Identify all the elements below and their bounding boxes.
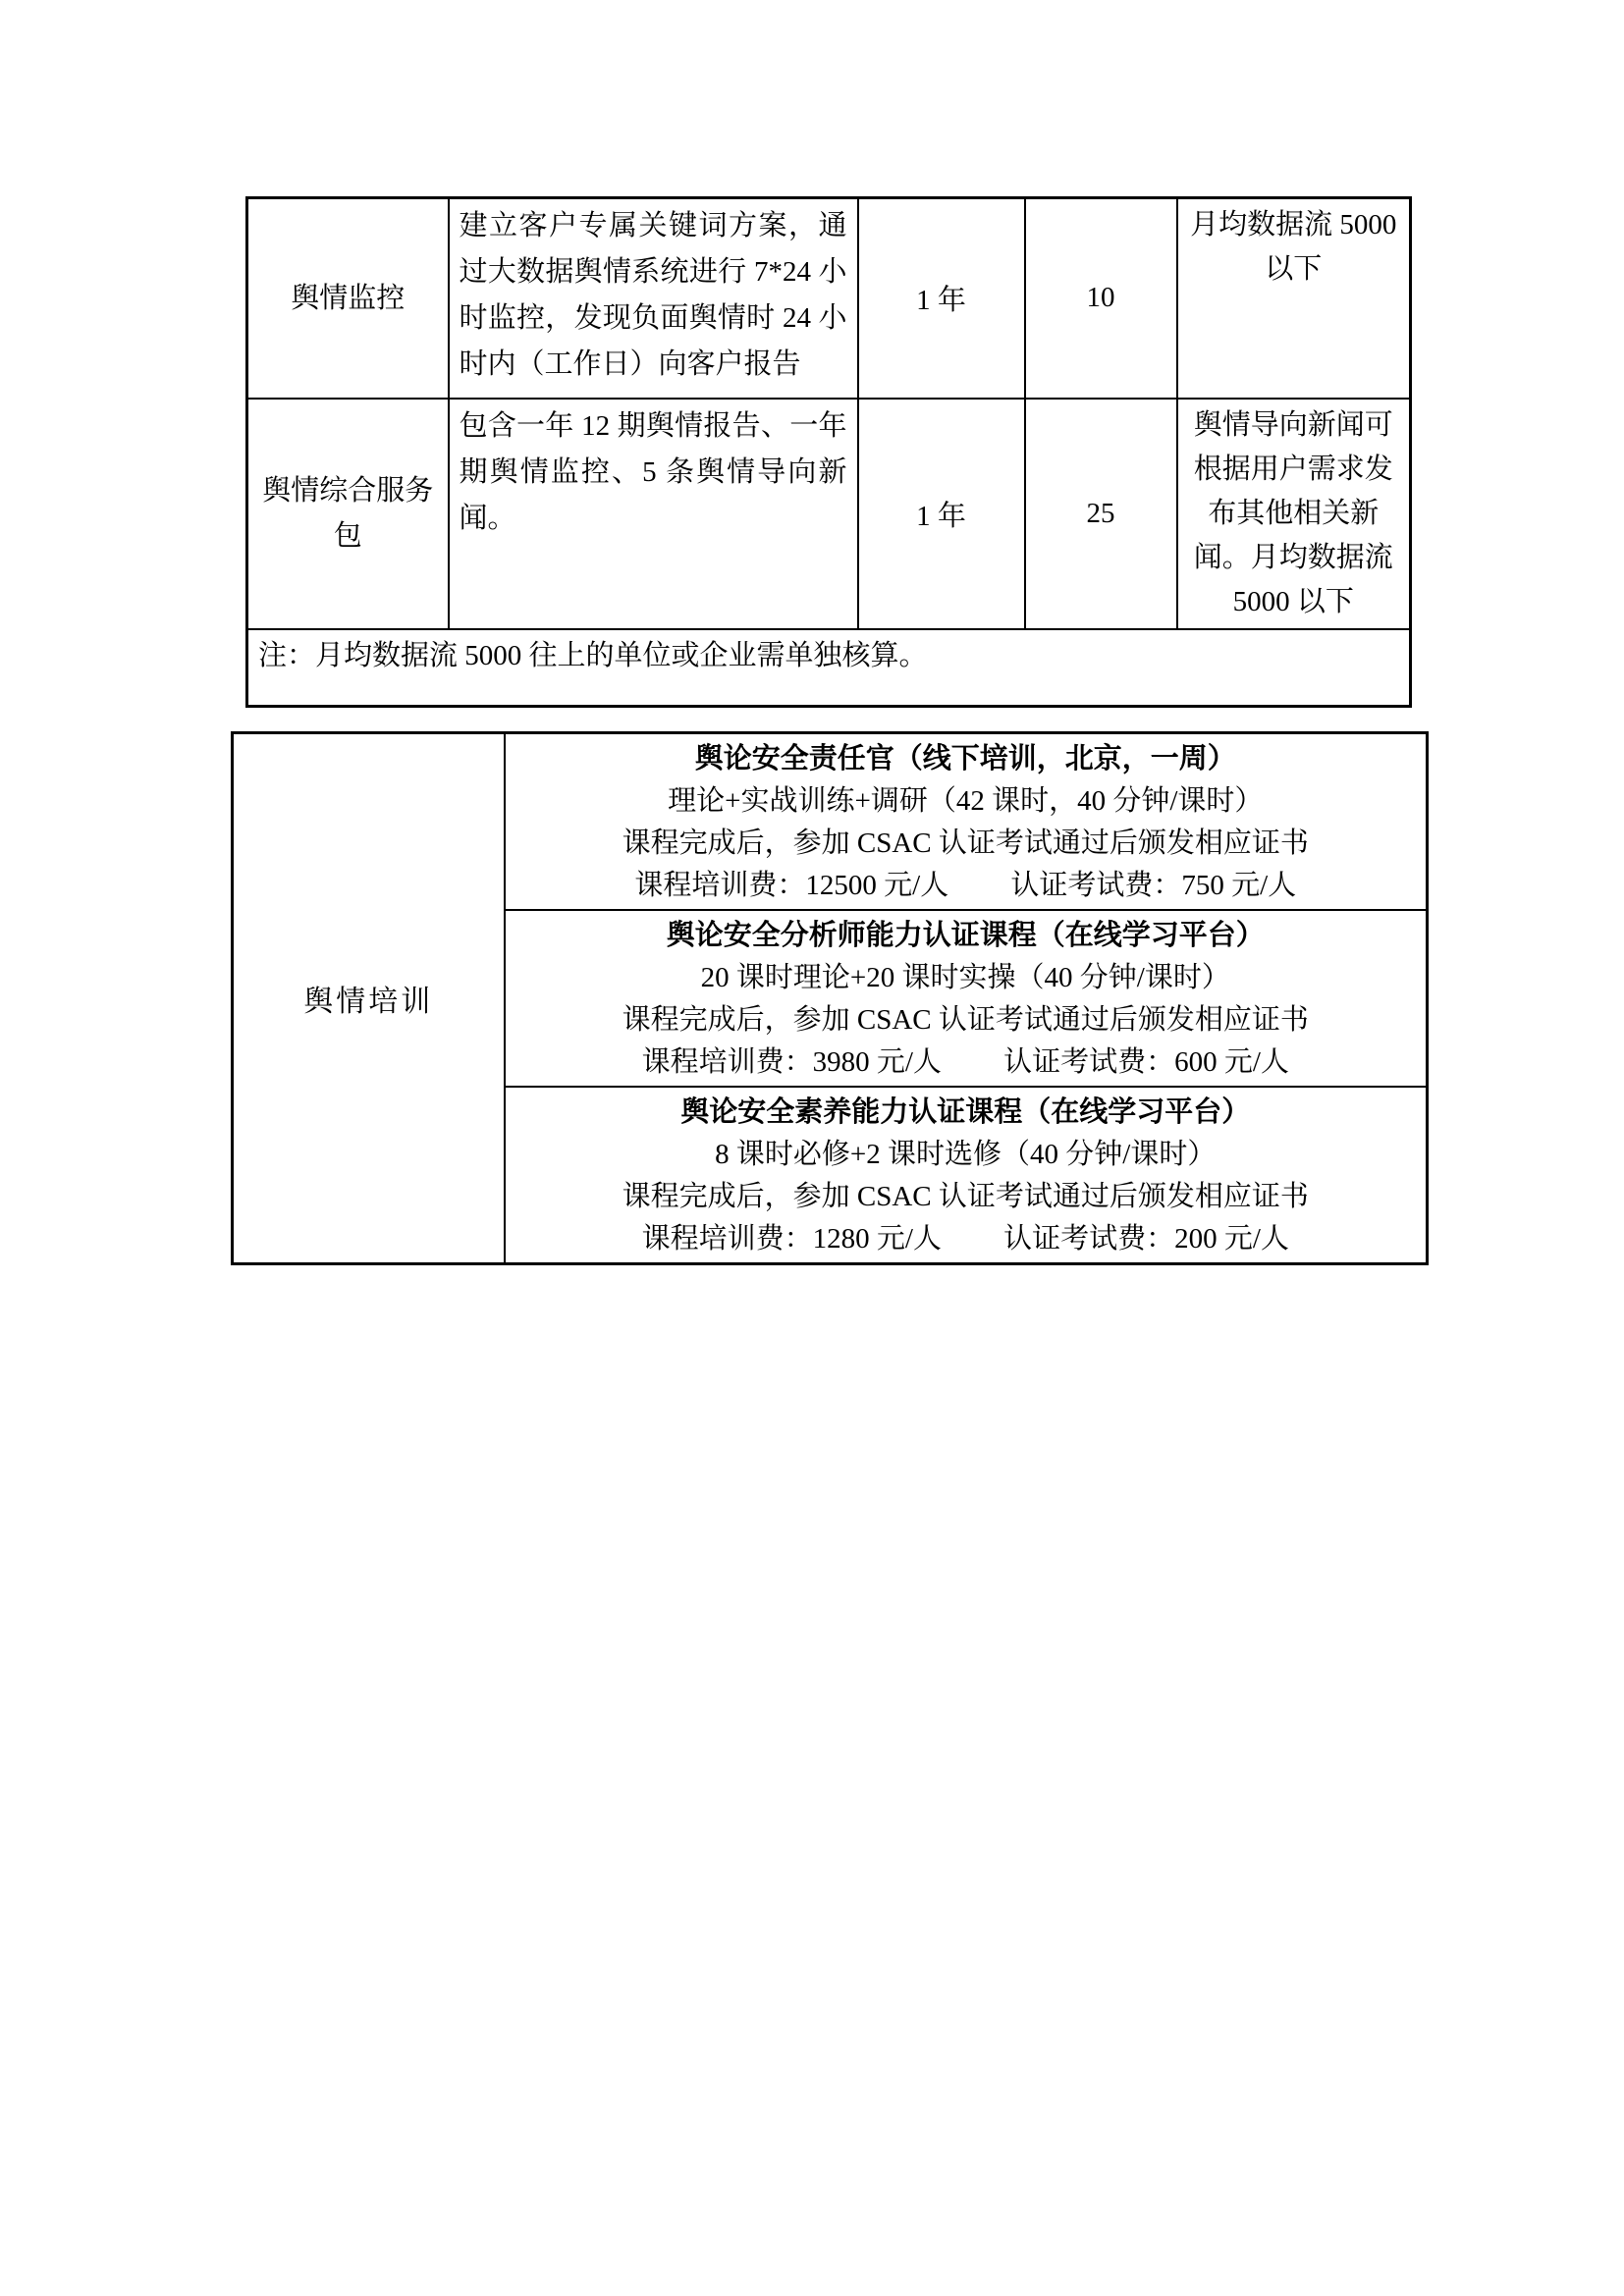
course-fees: 课程培训费：1280 元/人 认证考试费：200 元/人 [514,1218,1419,1260]
service-term-cell: 1 年 [858,399,1025,629]
course-block: 舆论安全素养能力认证课程（在线学习平台） 8 课时必修+2 课时选修（40 分钟… [505,1087,1428,1264]
table-row-monitoring: 舆情监控 建立客户专属关键词方案，通过大数据舆情系统进行 7*24 小时监控，发… [247,198,1411,399]
exam-fee: 认证考试费：600 元/人 [1003,1046,1289,1078]
service-note-cell: 舆情导向新闻可根据用户需求发布其他相关新闻。月均数据流 5000 以下 [1177,399,1411,629]
training-fee: 课程培训费：3980 元/人 [642,1046,942,1078]
table-row-package: 舆情综合服务包 包含一年 12 期舆情报告、一年期舆情监控、5 条舆情导向新闻。… [247,399,1411,629]
course-certification: 课程完成后，参加 CSAC 认证考试通过后颁发相应证书 [514,999,1419,1041]
table-row-footnote: 注：月均数据流 5000 往上的单位或企业需单独核算。 [247,629,1411,707]
course-title: 舆论安全责任官（线下培训，北京，一周） [514,738,1419,780]
service-price-cell: 25 [1025,399,1177,629]
exam-fee: 认证考试费：200 元/人 [1003,1223,1289,1255]
category-cell: 舆情培训 [233,733,505,1264]
course-certification: 课程完成后，参加 CSAC 认证考试通过后颁发相应证书 [514,823,1419,865]
course-certification: 课程完成后，参加 CSAC 认证考试通过后颁发相应证书 [514,1176,1419,1218]
exam-fee: 认证考试费：750 元/人 [1010,870,1296,901]
course-fees: 课程培训费：3980 元/人 认证考试费：600 元/人 [514,1041,1419,1084]
service-term-cell: 1 年 [858,198,1025,399]
table-row-course: 舆情培训 舆论安全责任官（线下培训，北京，一周） 理论+实战训练+调研（42 课… [233,733,1428,911]
service-description-cell: 建立客户专属关键词方案，通过大数据舆情系统进行 7*24 小时监控，发现负面舆情… [449,198,858,399]
course-fees: 课程培训费：12500 元/人 认证考试费：750 元/人 [514,865,1419,907]
document-page: 舆情监控 建立客户专属关键词方案，通过大数据舆情系统进行 7*24 小时监控，发… [0,0,1624,2296]
course-format: 20 课时理论+20 课时实操（40 分钟/课时） [514,957,1419,999]
service-description-cell: 包含一年 12 期舆情报告、一年期舆情监控、5 条舆情导向新闻。 [449,399,858,629]
service-table: 舆情监控 建立客户专属关键词方案，通过大数据舆情系统进行 7*24 小时监控，发… [245,196,1412,708]
course-format: 8 课时必修+2 课时选修（40 分钟/课时） [514,1134,1419,1176]
course-block: 舆论安全分析师能力认证课程（在线学习平台） 20 课时理论+20 课时实操（40… [505,910,1428,1087]
service-price-cell: 10 [1025,198,1177,399]
service-note-cell: 月均数据流 5000 以下 [1177,198,1411,399]
training-table: 舆情培训 舆论安全责任官（线下培训，北京，一周） 理论+实战训练+调研（42 课… [231,731,1429,1265]
service-name-cell: 舆情综合服务包 [247,399,449,629]
service-name-cell: 舆情监控 [247,198,449,399]
footnote-cell: 注：月均数据流 5000 往上的单位或企业需单独核算。 [247,629,1411,707]
course-title: 舆论安全分析师能力认证课程（在线学习平台） [514,915,1419,957]
course-title: 舆论安全素养能力认证课程（在线学习平台） [514,1092,1419,1134]
course-format: 理论+实战训练+调研（42 课时，40 分钟/课时） [514,780,1419,823]
training-fee: 课程培训费：12500 元/人 [634,870,948,901]
course-block: 舆论安全责任官（线下培训，北京，一周） 理论+实战训练+调研（42 课时，40 … [505,733,1428,911]
training-fee: 课程培训费：1280 元/人 [642,1223,942,1255]
